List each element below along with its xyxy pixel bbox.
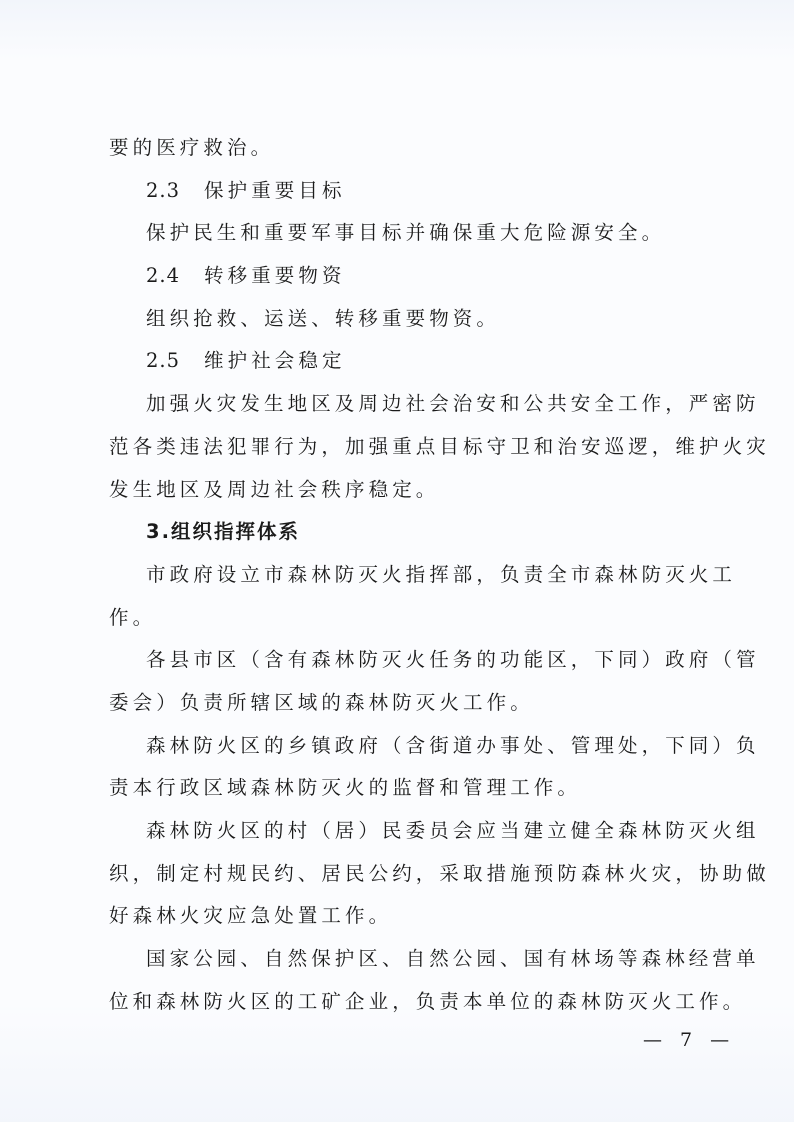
section-heading-3: 3.组织指挥体系 xyxy=(109,511,709,554)
paragraph-line: 范各类违法犯罪行为，加强重点目标守卫和治安巡逻，维护火灾 xyxy=(109,426,709,469)
paragraph-line: 发生地区及周边社会秩序稳定。 xyxy=(109,469,709,512)
section-heading-2-3: 2.3保护重要目标 xyxy=(109,170,709,213)
paragraph-line: 作。 xyxy=(109,597,709,640)
section-title: 转移重要物资 xyxy=(204,264,346,287)
paragraph-line: 好森林火灾应急处置工作。 xyxy=(109,895,709,938)
paragraph-line: 加强火灾发生地区及周边社会治安和公共安全工作，严密防 xyxy=(109,383,709,426)
section-number: 2.3 xyxy=(146,170,204,213)
paragraph-line: 责本行政区域森林防灭火的监督和管理工作。 xyxy=(109,767,709,810)
paragraph-line: 织，制定村规民约、居民公约，采取措施预防森林火灾，协助做 xyxy=(109,853,709,896)
paragraph-line: 要的医疗救治。 xyxy=(109,127,709,170)
section-title: 保护重要目标 xyxy=(204,179,346,202)
section-number: 2.4 xyxy=(146,255,204,298)
paragraph-line: 组织抢救、运送、转移重要物资。 xyxy=(109,298,709,341)
paragraph-line: 位和森林防火区的工矿企业，负责本单位的森林防灭火工作。 xyxy=(109,981,709,1024)
page-number: — 7 — xyxy=(643,1029,735,1051)
paragraph-line: 市政府设立市森林防灭火指挥部，负责全市森林防灭火工 xyxy=(109,554,709,597)
section-heading-2-4: 2.4转移重要物资 xyxy=(109,255,709,298)
section-heading-2-5: 2.5维护社会稳定 xyxy=(109,340,709,383)
paragraph-line: 国家公园、自然保护区、自然公园、国有林场等森林经营单 xyxy=(109,938,709,981)
paragraph-line: 保护民生和重要军事目标并确保重大危险源安全。 xyxy=(109,212,709,255)
section-title: 维护社会稳定 xyxy=(204,349,346,372)
paragraph-line: 各县市区（含有森林防灭火任务的功能区，下同）政府（管 xyxy=(109,639,709,682)
document-page: 要的医疗救治。 2.3保护重要目标 保护民生和重要军事目标并确保重大危险源安全。… xyxy=(0,0,794,1122)
paragraph-line: 森林防火区的乡镇政府（含街道办事处、管理处，下同）负 xyxy=(109,725,709,768)
document-body: 要的医疗救治。 2.3保护重要目标 保护民生和重要军事目标并确保重大危险源安全。… xyxy=(109,127,709,1023)
paragraph-line: 森林防火区的村（居）民委员会应当建立健全森林防灭火组 xyxy=(109,810,709,853)
section-number: 2.5 xyxy=(146,340,204,383)
paragraph-line: 委会）负责所辖区域的森林防灭火工作。 xyxy=(109,682,709,725)
